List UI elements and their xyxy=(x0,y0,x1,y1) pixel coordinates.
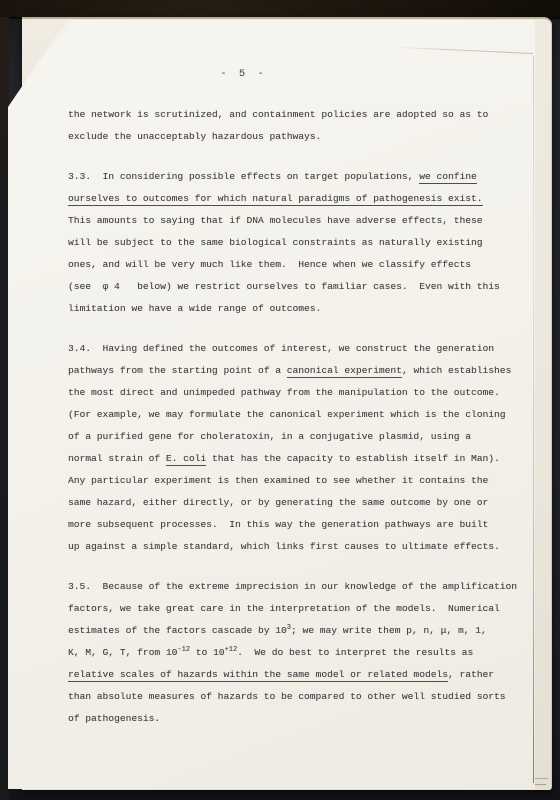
page-number: - 5 - xyxy=(0,68,507,80)
text-segment: the most direct and unimpeded pathway fr… xyxy=(68,387,500,398)
text-line: estimates of the factors cascade by 103;… xyxy=(68,620,530,642)
text-segment: exclude the unacceptably hazardous pathw… xyxy=(68,131,321,142)
text-line: the network is scrutinized, and containm… xyxy=(68,104,530,126)
paper-front-page: - 5 - the network is scrutinized, and co… xyxy=(8,20,535,789)
page-edge-crease xyxy=(395,47,533,54)
text-segment: same hazard, either directly, or by gene… xyxy=(68,497,488,508)
text-line: normal strain of E. coli that has the ca… xyxy=(68,448,530,470)
text-segment: will be subject to the same biological c… xyxy=(68,237,483,248)
text-segment: K, M, G, T, from 10 xyxy=(68,647,177,658)
text-segment: . We do best to interpret the results as xyxy=(237,647,473,658)
text-line: pathways from the starting point of a ca… xyxy=(68,360,530,382)
text-segment: of pathogenesis. xyxy=(68,713,160,724)
underlined-text: canonical experiment xyxy=(287,365,402,378)
text-segment: the network is scrutinized, and containm… xyxy=(68,109,488,120)
superscript-text: 3 xyxy=(287,624,291,632)
text-line: than absolute measures of hazards to be … xyxy=(68,686,530,708)
text-segment: factors, we take great care in the inter… xyxy=(68,603,500,614)
text-line: K, M, G, T, from 10-12 to 10+12. We do b… xyxy=(68,642,530,664)
text-segment: estimates of the factors cascade by 10 xyxy=(68,625,287,636)
text-line: This amounts to saying that if DNA molec… xyxy=(68,210,530,232)
text-line: Any particular experiment is then examin… xyxy=(68,470,530,492)
text-line: exclude the unacceptably hazardous pathw… xyxy=(68,126,530,148)
text-segment: that has the capacity to establish itsel… xyxy=(206,453,500,464)
paragraph-3-3: 3.3. In considering possible effects on … xyxy=(68,166,530,320)
text-segment: up against a simple standard, which link… xyxy=(68,541,500,552)
text-segment: 3.3. In considering possible effects on … xyxy=(68,171,419,182)
document-text: the network is scrutinized, and containm… xyxy=(68,104,530,748)
superscript-text: +12 xyxy=(225,646,238,654)
text-segment: limitation we have a wide range of outco… xyxy=(68,303,321,314)
text-segment: normal strain of xyxy=(68,453,166,464)
superscript-text: -12 xyxy=(177,646,190,654)
text-line: of a purified gene for choleratoxin, in … xyxy=(68,426,530,448)
text-segment: , which establishes xyxy=(402,365,511,376)
paragraph-intro: the network is scrutinized, and containm… xyxy=(68,104,530,148)
text-segment: ones, and will be very much like them. H… xyxy=(68,259,471,270)
text-line: relative scales of hazards within the sa… xyxy=(68,664,530,686)
underlined-text: relative scales of hazards within the sa… xyxy=(68,669,448,682)
text-line: will be subject to the same biological c… xyxy=(68,232,530,254)
text-segment: ; we may write them p, n, μ, m, 1, xyxy=(291,625,487,636)
text-line: ourselves to outcomes for which natural … xyxy=(68,188,530,210)
underlined-text: we confine xyxy=(419,171,477,184)
text-line: limitation we have a wide range of outco… xyxy=(68,298,530,320)
text-segment: 3.4. Having defined the outcomes of inte… xyxy=(68,343,494,354)
text-segment: to 10 xyxy=(190,647,225,658)
text-segment: pathways from the starting point of a xyxy=(68,365,287,376)
text-line: up against a simple standard, which link… xyxy=(68,536,530,558)
underlined-text: ourselves to outcomes for which natural … xyxy=(68,193,483,206)
text-segment: (For example, we may formulate the canon… xyxy=(68,409,506,420)
text-line: (see φ 4 below) we restrict ourselves to… xyxy=(68,276,530,298)
text-segment: of a purified gene for choleratoxin, in … xyxy=(68,431,471,442)
text-segment: This amounts to saying that if DNA molec… xyxy=(68,215,483,226)
text-line: 3.5. Because of the extreme imprecision … xyxy=(68,576,530,598)
underlined-text: E. coli xyxy=(166,453,206,466)
text-segment: , rather xyxy=(448,669,494,680)
text-line: more subsequent processes. In this way t… xyxy=(68,514,530,536)
text-segment: more subsequent processes. In this way t… xyxy=(68,519,488,530)
paragraph-3-4: 3.4. Having defined the outcomes of inte… xyxy=(68,338,530,558)
text-line: of pathogenesis. xyxy=(68,708,530,730)
paragraph-3-5: 3.5. Because of the extreme imprecision … xyxy=(68,576,530,730)
text-line: 3.3. In considering possible effects on … xyxy=(68,166,530,188)
text-line: (For example, we may formulate the canon… xyxy=(68,404,530,426)
text-line: 3.4. Having defined the outcomes of inte… xyxy=(68,338,530,360)
text-line: the most direct and unimpeded pathway fr… xyxy=(68,382,530,404)
text-line: same hazard, either directly, or by gene… xyxy=(68,492,530,514)
text-segment: than absolute measures of hazards to be … xyxy=(68,691,506,702)
text-segment: (see φ 4 below) we restrict ourselves to… xyxy=(68,281,500,292)
text-line: factors, we take great care in the inter… xyxy=(68,598,530,620)
page-right-edge-line xyxy=(533,56,534,783)
photo-background: - 5 - the network is scrutinized, and co… xyxy=(0,0,560,800)
text-segment: 3.5. Because of the extreme imprecision … xyxy=(68,581,517,592)
dark-frame-left xyxy=(0,17,9,800)
text-line: ones, and will be very much like them. H… xyxy=(68,254,530,276)
text-segment: Any particular experiment is then examin… xyxy=(68,475,488,486)
